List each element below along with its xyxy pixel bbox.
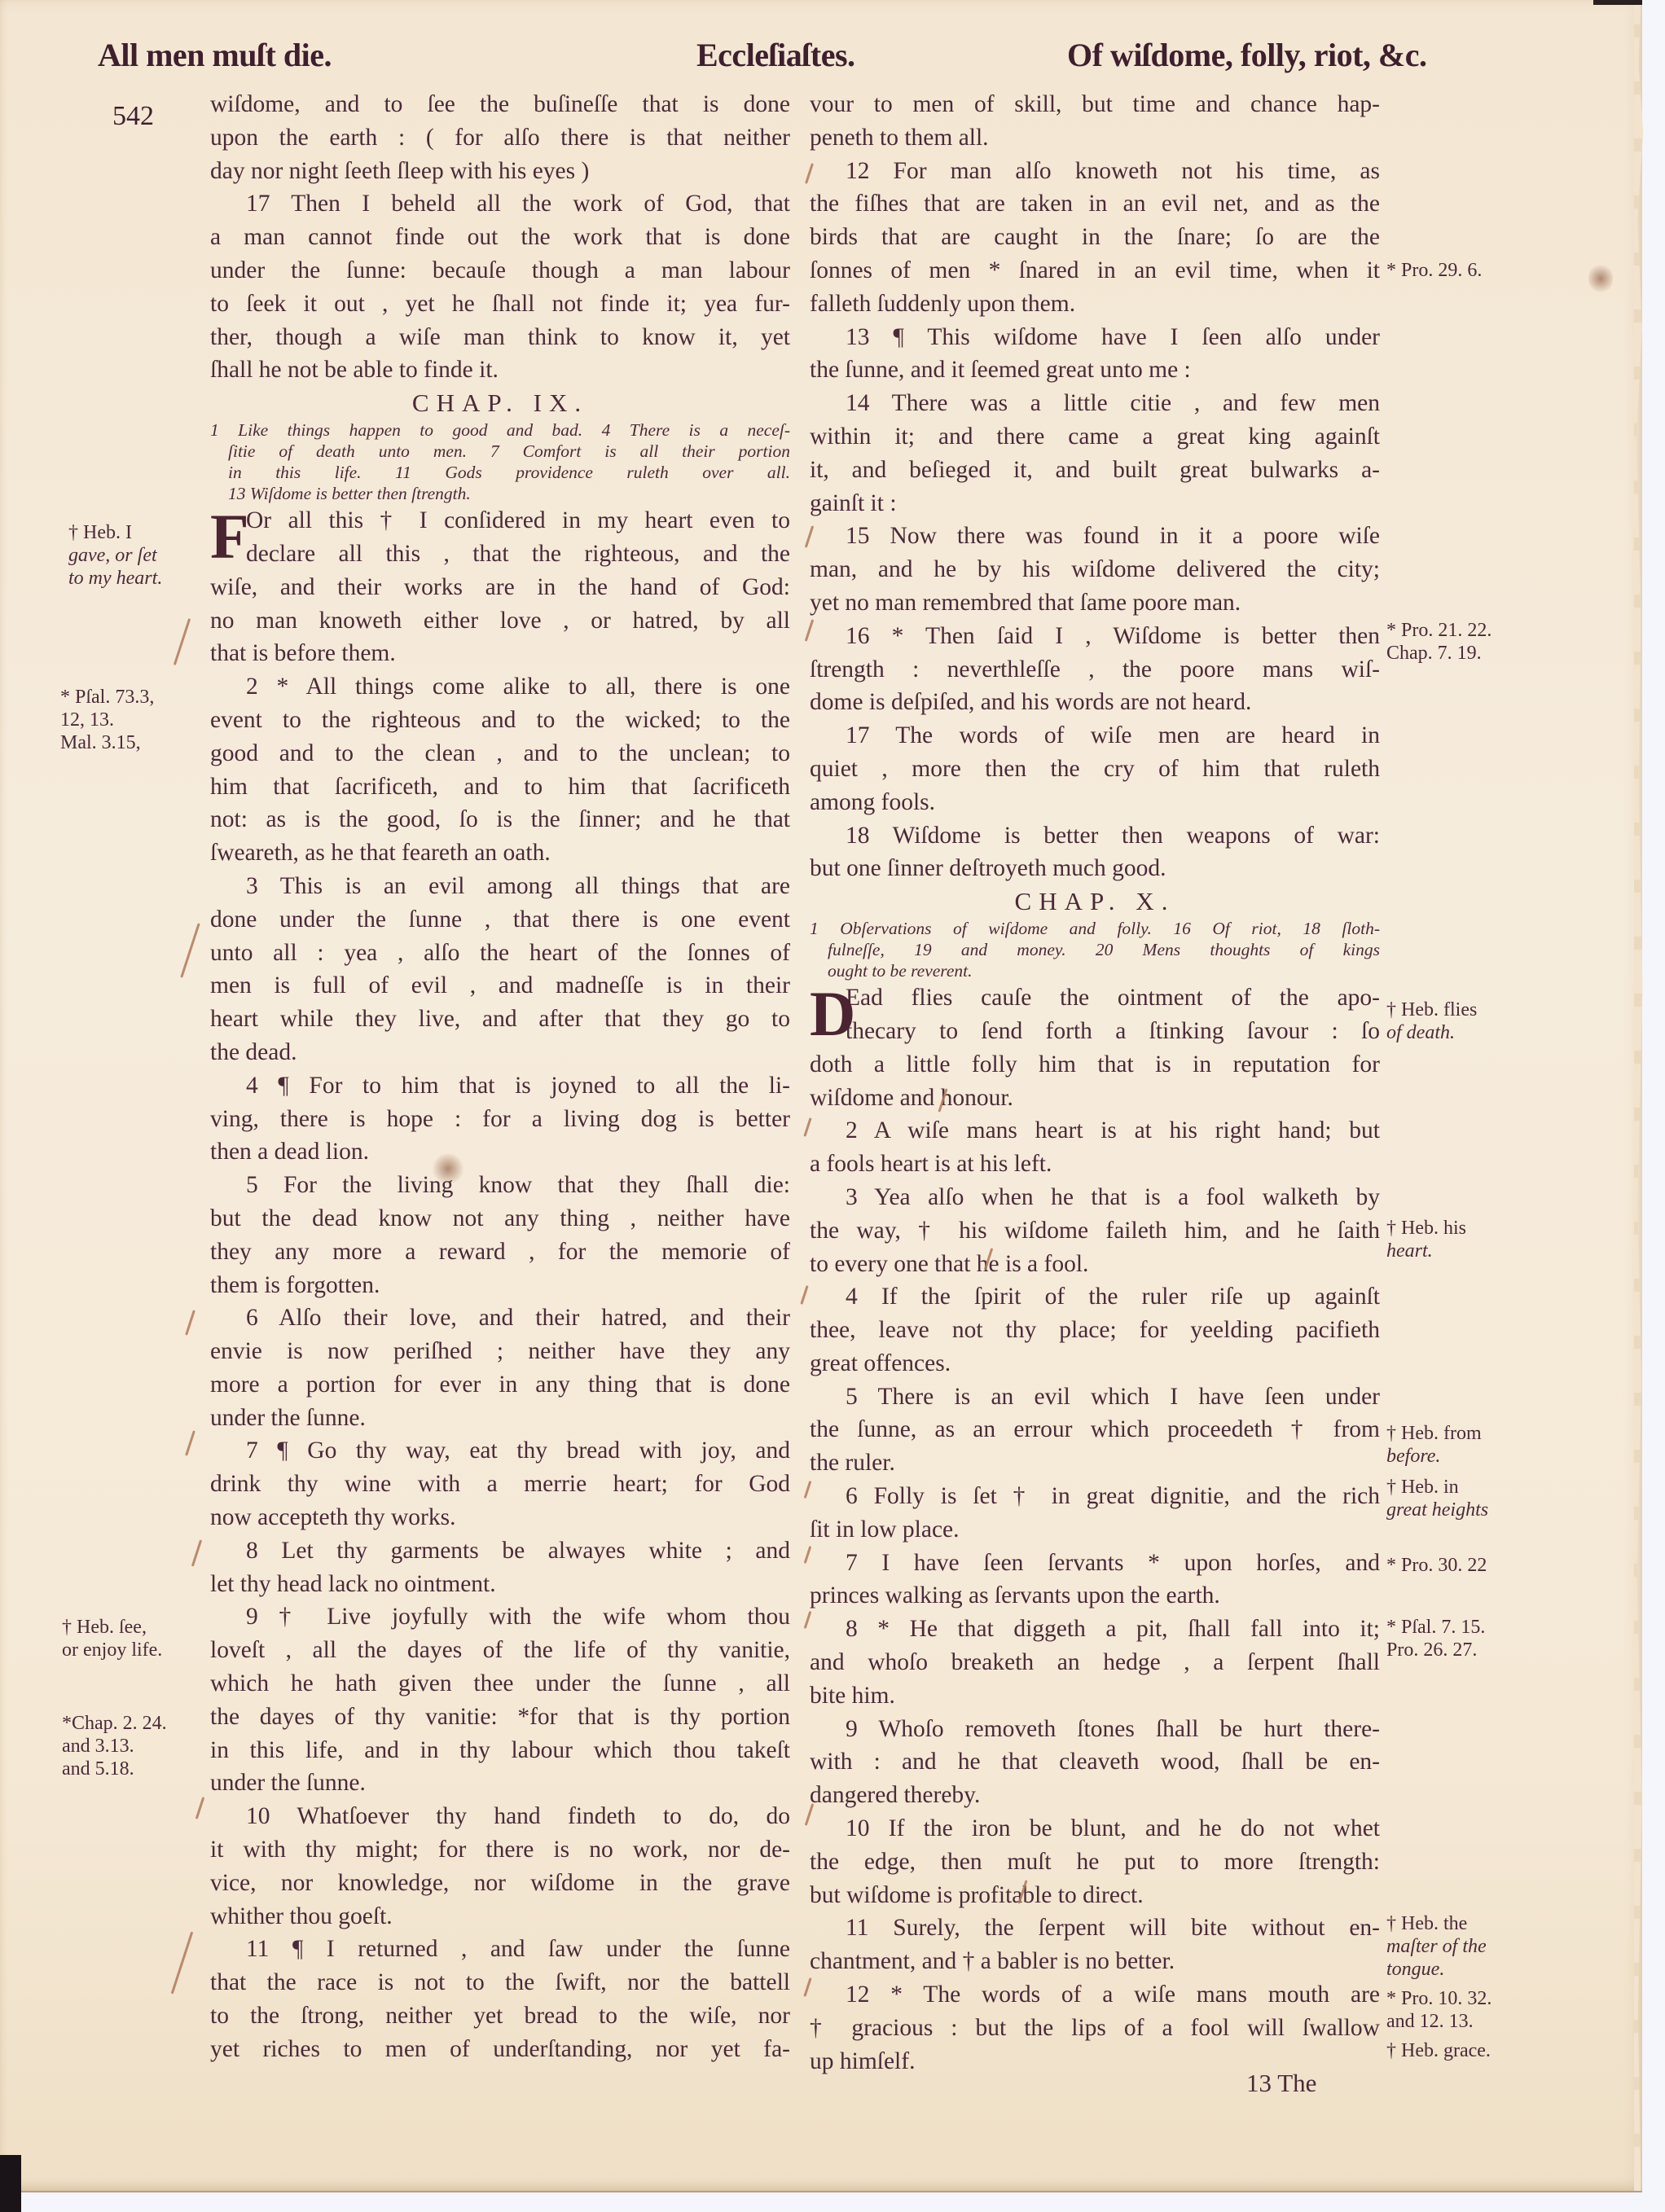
running-head-book-title: Eccleſiaſtes. <box>696 36 855 74</box>
note-line: * Pro. 21. 22. <box>1386 619 1491 642</box>
text-line: doth a little folly him that is in reput… <box>810 1048 1380 1082</box>
text-line: upon the earth : ( for alſo there is tha… <box>210 121 790 155</box>
text-line: vour to men of skill, but time and chanc… <box>810 88 1380 121</box>
note-line: Pro. 26. 27. <box>1386 1639 1485 1661</box>
text-line: which he hath given thee under the ſunne… <box>210 1667 790 1701</box>
text-line: the ſunne, as an errour which proceedeth… <box>810 1413 1380 1446</box>
pencil-mark <box>171 1931 194 1994</box>
text-line: a fools heart is at his left. <box>810 1148 1380 1181</box>
text-span: Ead flies cauſe the ointment of the apo- <box>846 985 1380 1011</box>
note-line: Chap. 7. 19. <box>1386 642 1491 665</box>
text-line: ving, there is hope : for a living dog i… <box>210 1103 790 1136</box>
text-line: done under the ſunne , that there is one… <box>210 903 790 937</box>
pencil-mark <box>180 923 200 978</box>
text-line: bite him. <box>810 1679 1380 1713</box>
chapter-heading: CHAP. IX. <box>210 387 790 419</box>
text-line: ſweareth, as he that feareth an oath. <box>210 836 790 870</box>
text-line: it with thy might; for there is no work,… <box>210 1833 790 1867</box>
verse-line: 4 ¶ For to him that is joyned to all the… <box>210 1069 790 1103</box>
verse-line: 9 Whoſo removeth ſtones ſhall be hurt th… <box>810 1713 1380 1746</box>
margin-note: *Chap. 2. 24. and 3.13. and 5.18. <box>62 1712 167 1780</box>
text-line: vice, nor knowledge, nor wiſdome in the … <box>210 1867 790 1900</box>
text-line: men is full of evil , and madneſſe is in… <box>210 969 790 1003</box>
text-line: the edge, then muſt he put to more ſtren… <box>810 1846 1380 1879</box>
verse-line: 11 ¶ I returned , and ſaw under the ſunn… <box>210 1933 790 1966</box>
text-line: ſonnes of men * ſnared in an evil time, … <box>810 254 1380 287</box>
margin-note: † Heb. grace. <box>1386 2039 1491 2062</box>
text-line: the ſunne, and it ſeemed great unto me : <box>810 353 1380 387</box>
text-line: good and to the clean , and to the uncle… <box>210 737 790 770</box>
scanned-book-page: All men muſt die. Eccleſiaſtes. Of wiſdo… <box>0 0 1642 2192</box>
verse-line: 5 For the living know that they ſhall di… <box>210 1169 790 1202</box>
text-line: under the ſunne. <box>210 1402 790 1435</box>
verse-line: 7 I have ſeen ſervants * upon horſes, an… <box>810 1547 1380 1580</box>
text-line: drink thy wine with a merrie heart; for … <box>210 1468 790 1501</box>
verse-line: 10 If the iron be blunt, and he do not w… <box>810 1812 1380 1846</box>
text-line: † gracious : but the lips of a fool will… <box>810 2012 1380 2045</box>
margin-note: † Heb. in great heights <box>1386 1476 1488 1521</box>
note-line: † Heb. ſee, <box>62 1616 162 1639</box>
verse-line: 12 * The words of a wiſe mans mouth are <box>810 1978 1380 2012</box>
note-line: † Heb. his <box>1386 1217 1466 1240</box>
note-line: and 5.18. <box>62 1758 167 1780</box>
text-line: princes walking as ſervants upon the ear… <box>810 1579 1380 1613</box>
verse-line: 9 † Live joyfully with the wife whom tho… <box>210 1600 790 1634</box>
text-line: under the ſunne: becauſe though a man la… <box>210 254 790 287</box>
note-line: and 12. 13. <box>1386 2010 1491 2033</box>
text-line: great offences. <box>810 1347 1380 1380</box>
text-line: the fiſhes that are taken in an evil net… <box>810 187 1380 221</box>
note-line: * Pro. 29. 6. <box>1386 259 1482 282</box>
scan-edge <box>0 2155 21 2212</box>
text-line: yet no man remembred that ſame poore man… <box>810 586 1380 620</box>
text-line: heart while they live, and after that th… <box>210 1003 790 1036</box>
chapter-summary: 1 Obſervations of wiſdome and folly. 16 … <box>810 918 1380 981</box>
summary-line: 13 Wiſdome is better then ſtrength. <box>210 483 790 504</box>
note-line: to my heart. <box>68 567 162 590</box>
text-line: ther, though a wiſe man think to know it… <box>210 321 790 354</box>
verse-line: F Or all this † I conſidered in my heart… <box>210 504 790 538</box>
summary-line: in this life. 11 Gods providence ruleth … <box>210 462 790 483</box>
text-line: to ſeek it out , yet he ſhall not finde … <box>210 287 790 321</box>
pencil-mark <box>185 1310 195 1335</box>
summary-line: 1 Like things happen to good and bad. 4 … <box>210 419 790 441</box>
text-line: ſhall he not be able to finde it. <box>210 353 790 387</box>
verse-line: 12 For man alſo knoweth not his time, as <box>810 155 1380 188</box>
verse-line: 7 ¶ Go thy way, eat thy bread with joy, … <box>210 1434 790 1468</box>
margin-note: † Heb. ſee, or enjoy life. <box>62 1616 162 1661</box>
verse-line: 8 Let thy garments be alwayes white ; an… <box>210 1534 790 1568</box>
text-line: day nor night ſeeth ſleep with his eyes … <box>210 155 790 188</box>
scan-edge <box>1593 0 1642 5</box>
text-line: yet riches to men of underſtanding, nor … <box>210 2033 790 2066</box>
verse-line: 2 * All things come alike to all, there … <box>210 670 790 704</box>
text-line: envie is now periſhed ; neither have the… <box>210 1335 790 1368</box>
text-line: a man cannot finde out the work that is … <box>210 221 790 254</box>
text-line: them is forgotten. <box>210 1269 790 1302</box>
chapter-heading: CHAP. X. <box>810 885 1380 918</box>
note-line: *Chap. 2. 24. <box>62 1712 167 1735</box>
text-line: birds that are caught in the ſnare; ſo a… <box>810 221 1380 254</box>
text-line: ſtrength : neverthleſſe , the poore mans… <box>810 653 1380 687</box>
text-line: more a portion for ever in any thing tha… <box>210 1368 790 1402</box>
text-line: thecary to ſend forth a ſtinking ſavour … <box>810 1015 1380 1048</box>
left-column: wiſdome, and to ſee the buſineſſe that i… <box>210 88 790 2066</box>
margin-note: * Pro. 30. 22 <box>1386 1554 1487 1577</box>
margin-note: * Pſal. 7. 15. Pro. 26. 27. <box>1386 1616 1485 1661</box>
page-number: 542 <box>112 101 154 132</box>
note-line: maſter of the <box>1386 1935 1487 1958</box>
pencil-mark <box>174 618 191 665</box>
chapter-summary: 1 Like things happen to good and bad. 4 … <box>210 419 790 504</box>
verse-line: 11 Surely, the ſerpent will bite without… <box>810 1911 1380 1945</box>
text-line: to every one that he is a fool. <box>810 1248 1380 1281</box>
note-line: of death. <box>1386 1021 1477 1044</box>
pencil-mark <box>185 1430 195 1455</box>
text-line: but the dead know not any thing , neithe… <box>210 1202 790 1235</box>
summary-line: fulneſſe, 19 and money. 20 Mens thoughts… <box>810 939 1380 960</box>
text-line: now accepteth thy works. <box>210 1501 790 1534</box>
note-line: * Pſal. 73.3, <box>60 686 154 709</box>
text-line: to the ſtrong, neither yet bread to the … <box>210 1999 790 2033</box>
text-line: falleth ſuddenly upon them. <box>810 287 1380 321</box>
text-line: but one ſinner deſtroyeth much good. <box>810 852 1380 885</box>
note-line: * Pro. 10. 32. <box>1386 1987 1491 2010</box>
note-line: tongue. <box>1386 1958 1487 1981</box>
text-line: within it; and there came a great king a… <box>810 420 1380 454</box>
pencil-mark <box>195 1797 205 1819</box>
text-line: it, and beſieged it, and built great bul… <box>810 454 1380 487</box>
text-line: but wiſdome is profitable to direct. <box>810 1879 1380 1912</box>
text-line: the ruler. <box>810 1446 1380 1480</box>
text-line: the way, † his wiſdome faileth him, and … <box>810 1214 1380 1248</box>
verse-line: 6 Alſo their love, and their hatred, and… <box>210 1301 790 1335</box>
summary-line: 1 Obſervations of wiſdome and folly. 16 … <box>810 918 1380 939</box>
note-line: † Heb. flies <box>1386 998 1477 1021</box>
verse-line: 3 Yea alſo when he that is a fool walket… <box>810 1181 1380 1214</box>
verse-line: 8 * He that diggeth a pit, ſhall fall in… <box>810 1613 1380 1646</box>
verse-line: 2 A wiſe mans heart is at his right hand… <box>810 1114 1380 1148</box>
note-line: † Heb. I <box>68 521 162 544</box>
verse-line: 16 * Then ſaid I , Wiſdome is better the… <box>810 620 1380 653</box>
verse-line: 5 There is an evil which I have ſeen und… <box>810 1380 1380 1414</box>
text-line: no man knoweth either love , or hatred, … <box>210 604 790 638</box>
text-line: wiſdome and honour. <box>810 1082 1380 1115</box>
text-line: wiſdome, and to ſee the buſineſſe that i… <box>210 88 790 121</box>
verse-line: 4 If the ſpirit of the ruler riſe up aga… <box>810 1280 1380 1314</box>
note-line: † Heb. the <box>1386 1912 1487 1935</box>
margin-note: † Heb. the maſter of the tongue. <box>1386 1912 1487 1981</box>
text-line: man, and he by his wiſdome delivered the… <box>810 553 1380 586</box>
pencil-mark <box>800 1285 808 1305</box>
note-line: or enjoy life. <box>62 1639 162 1661</box>
note-line: and 3.13. <box>62 1735 167 1758</box>
ink-stain <box>432 1152 464 1185</box>
margin-note: † Heb. I gave, or ſet to my heart. <box>68 521 162 590</box>
text-line: not: as is the good, ſo is the ſinner; a… <box>210 803 790 836</box>
verse-line: 3 This is an evil among all things that … <box>210 870 790 903</box>
verse-line: 6 Folly is ſet † in great dignitie, and … <box>810 1480 1380 1513</box>
text-line: event to the righteous and to the wicked… <box>210 704 790 737</box>
running-head-left: All men muſt die. <box>98 36 332 74</box>
text-line: then a dead lion. <box>210 1135 790 1169</box>
text-line: the dead. <box>210 1036 790 1069</box>
text-line: under the ſunne. <box>210 1767 790 1800</box>
margin-note: * Pſal. 73.3, 12, 13. Mal. 3.15, <box>60 686 154 754</box>
drop-cap: F <box>210 507 249 566</box>
text-line: ſit in low place. <box>810 1513 1380 1547</box>
margin-note: † Heb. from before. <box>1386 1422 1482 1468</box>
text-line: peneth to them all. <box>810 121 1380 155</box>
text-line: they any more a reward , for the memorie… <box>210 1235 790 1269</box>
text-line: with : and he that cleaveth wood, ſhall … <box>810 1745 1380 1779</box>
summary-line: ſitie of death unto men. 7 Comfort is al… <box>210 441 790 462</box>
note-line: Mal. 3.15, <box>60 731 154 754</box>
verse-line: 14 There was a little citie , and few me… <box>810 387 1380 420</box>
text-line: declare all this , that the righteous, a… <box>210 538 790 571</box>
text-line: among fools. <box>810 786 1380 819</box>
drop-cap: D <box>810 985 855 1043</box>
right-column: vour to men of skill, but time and chanc… <box>810 88 1380 2078</box>
verse-line: 10 Whatſoever thy hand findeth to do, do <box>210 1800 790 1833</box>
text-line: let thy head lack no ointment. <box>210 1568 790 1601</box>
margin-note: † Heb. his heart. <box>1386 1217 1466 1262</box>
note-line: † Heb. in <box>1386 1476 1488 1499</box>
text-line: thee, leave not thy place; for yeelding … <box>810 1314 1380 1347</box>
text-line: him that ſacrificeth, and to him that ſa… <box>210 770 790 804</box>
margin-note: * Pro. 21. 22. Chap. 7. 19. <box>1386 619 1491 665</box>
text-line: the dayes of thy vanitie: *for that is t… <box>210 1701 790 1734</box>
note-line: 12, 13. <box>60 709 154 731</box>
text-line: dangered thereby. <box>810 1779 1380 1812</box>
margin-note: * Pro. 10. 32. and 12. 13. <box>1386 1987 1491 2033</box>
verse-line: 17 Then I beheld all the work of God, th… <box>210 187 790 221</box>
text-line: that is before them. <box>210 637 790 670</box>
note-line: heart. <box>1386 1240 1466 1262</box>
note-line: † Heb. grace. <box>1386 2039 1491 2062</box>
pencil-mark <box>191 1539 202 1566</box>
note-line: * Pſal. 7. 15. <box>1386 1616 1485 1639</box>
note-line: gave, or ſet <box>68 544 162 567</box>
text-line: loveſt , all the dayes of the life of th… <box>210 1634 790 1667</box>
text-line: whither thou goeſt. <box>210 1900 790 1933</box>
note-line: great heights <box>1386 1499 1488 1521</box>
summary-line: ought to be reverent. <box>810 960 1380 981</box>
ink-stain <box>1588 262 1613 295</box>
running-head-right: Of wiſdome, folly, riot, &c. <box>1067 36 1426 74</box>
margin-note: † Heb. flies of death. <box>1386 998 1477 1044</box>
text-line: that the race is not to the ſwift, nor t… <box>210 1966 790 1999</box>
text-line: wiſe, and their works are in the hand of… <box>210 571 790 604</box>
verse-line: 18 Wiſdome is better then weapons of war… <box>810 819 1380 853</box>
note-line: * Pro. 30. 22 <box>1386 1554 1487 1577</box>
margin-note: * Pro. 29. 6. <box>1386 259 1482 282</box>
text-line: in this life, and in thy labour which th… <box>210 1734 790 1767</box>
text-line: chantment, and † a babler is no better. <box>810 1945 1380 1978</box>
text-line: quiet , more then the cry of him that ru… <box>810 753 1380 786</box>
verse-line: D Ead flies cauſe the ointment of the ap… <box>810 981 1380 1015</box>
running-head: All men muſt die. Eccleſiaſtes. Of wiſdo… <box>98 36 1483 81</box>
text-line: dome is deſpiſed, and his words are not … <box>810 686 1380 719</box>
text-line: and whoſo breaketh an hedge , a ſerpent … <box>810 1646 1380 1679</box>
text-line: gainſt it : <box>810 487 1380 520</box>
verse-line: 13 ¶ This wiſdome have I ſeen alſo under <box>810 321 1380 354</box>
verse-line: 17 The words of wiſe men are heard in <box>810 719 1380 753</box>
note-line: † Heb. from <box>1386 1422 1482 1445</box>
verse-line: 15 Now there was found in it a poore wiſ… <box>810 520 1380 553</box>
text-span: Or all this † I conſidered in my heart e… <box>246 507 790 533</box>
text-line: unto all : yea , alſo the heart of the ſ… <box>210 937 790 970</box>
note-line: before. <box>1386 1445 1482 1468</box>
catchword: 13 The <box>1246 2069 1316 2098</box>
